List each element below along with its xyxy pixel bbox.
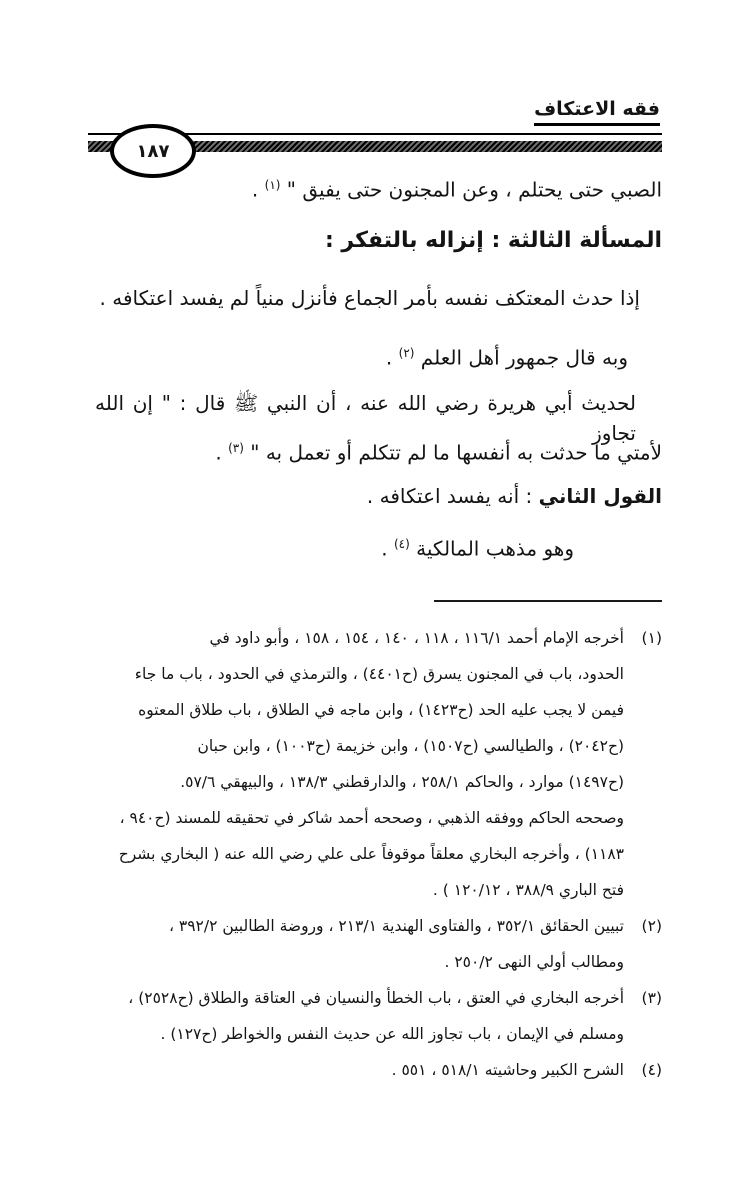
footnote-line: ومسلم في الإيمان ، باب تجاوز الله عن حدي… bbox=[60, 1016, 662, 1052]
footnote-line: (٢)تبيين الحقائق ٣٥٢/١ ، والفتاوى الهندي… bbox=[60, 908, 662, 944]
footnote-marker bbox=[624, 836, 662, 872]
body-text: : أنه يفسد اعتكافه . bbox=[367, 484, 539, 508]
footnote-text: فتح الباري ٣٨٨/٩ ، ١٢٠/١٢ ) . bbox=[60, 872, 624, 908]
footnote-text: أخرجه الإمام أحمد ١١٦/١ ، ١١٨ ، ١٤٠ ، ١٥… bbox=[60, 620, 624, 656]
footnote-line: فتح الباري ٣٨٨/٩ ، ١٢٠/١٢ ) . bbox=[60, 872, 662, 908]
footnote-text: الشرح الكبير وحاشيته ٥١٨/١ ، ٥٥١ . bbox=[60, 1052, 624, 1088]
footnote-text: ومسلم في الإيمان ، باب تجاوز الله عن حدي… bbox=[60, 1016, 624, 1052]
footnote-marker: (٢) bbox=[624, 908, 662, 944]
body-text: . bbox=[252, 178, 265, 202]
footnote-text: ١١٨٣) ، وأخرجه البخاري معلقاً موقوفاً عل… bbox=[60, 836, 624, 872]
section-heading: المسألة الثالثة : إنزاله بالتفكر : bbox=[325, 226, 662, 256]
footnote-marker: (٤) bbox=[624, 1052, 662, 1088]
body-text: . bbox=[381, 537, 394, 561]
footnote-marker bbox=[624, 944, 662, 980]
footnote-line: الحدود، باب في المجنون يسرق (ح٤٤٠١) ، وا… bbox=[60, 656, 662, 692]
footnote-marker bbox=[624, 872, 662, 908]
body-text: وبه قال جمهور أهل العلم bbox=[414, 346, 628, 370]
body-paragraph: وهو مذهب المالكية (٤) . bbox=[381, 529, 574, 564]
footnote-line: (ح١٤٩٧) موارد ، والحاكم ٢٥٨/١ ، والدارقط… bbox=[60, 764, 662, 800]
body-paragraph: وبه قال جمهور أهل العلم (٢) . bbox=[386, 338, 628, 373]
body-continuation-line: الصبي حتى يحتلم ، وعن المجنون حتى يفيق "… bbox=[252, 170, 662, 205]
body-text: . bbox=[386, 346, 399, 370]
footnote-text: الحدود، باب في المجنون يسرق (ح٤٤٠١) ، وا… bbox=[60, 656, 624, 692]
footnote-line: (٣)أخرجه البخاري في العتق ، باب الخطأ وا… bbox=[60, 980, 662, 1016]
footnote-marker bbox=[624, 1016, 662, 1052]
footnote-marker: (١) bbox=[624, 620, 662, 656]
footnote-text: ومطالب أولي النهى ٢٥٠/٢ . bbox=[60, 944, 624, 980]
footnote-line: ١١٨٣) ، وأخرجه البخاري معلقاً موقوفاً عل… bbox=[60, 836, 662, 872]
footnote-text: تبيين الحقائق ٣٥٢/١ ، والفتاوى الهندية ٢… bbox=[60, 908, 624, 944]
footnote-marker bbox=[624, 692, 662, 728]
footnote-line: (١)أخرجه الإمام أحمد ١١٦/١ ، ١١٨ ، ١٤٠ ،… bbox=[60, 620, 662, 656]
footnote-marker: (٣) bbox=[624, 980, 662, 1016]
body-text: . bbox=[215, 441, 228, 465]
body-text: لأمتي ما حدثت به أنفسها ما لم تتكلم أو ت… bbox=[244, 441, 662, 465]
footnote-separator bbox=[434, 600, 662, 602]
footnote-marker bbox=[624, 728, 662, 764]
footnote-text: (ح١٤٩٧) موارد ، والحاكم ٢٥٨/١ ، والدارقط… bbox=[60, 764, 624, 800]
second-opinion-line: القول الثاني : أنه يفسد اعتكافه . bbox=[367, 481, 662, 511]
footnote-marker bbox=[624, 764, 662, 800]
footnote-ref-1: (١) bbox=[265, 178, 281, 192]
footnote-line: (٤)الشرح الكبير وحاشيته ٥١٨/١ ، ٥٥١ . bbox=[60, 1052, 662, 1088]
body-text: الصبي حتى يحتلم ، وعن المجنون حتى يفيق " bbox=[280, 178, 662, 202]
body-paragraph: إذا حدث المعتكف نفسه بأمر الجماع فأنزل م… bbox=[100, 283, 641, 313]
footnotes-block: (١)أخرجه الإمام أحمد ١١٦/١ ، ١١٨ ، ١٤٠ ،… bbox=[60, 620, 662, 1088]
footnote-line: ومطالب أولي النهى ٢٥٠/٢ . bbox=[60, 944, 662, 980]
book-title-header: فقه الاعتكاف bbox=[534, 98, 660, 126]
footnote-text: وصححه الحاكم ووفقه الذهبي ، وصححه أحمد ش… bbox=[60, 800, 624, 836]
footnote-line: وصححه الحاكم ووفقه الذهبي ، وصححه أحمد ش… bbox=[60, 800, 662, 836]
footnote-ref-2: (٢) bbox=[399, 346, 415, 360]
footnote-marker bbox=[624, 800, 662, 836]
body-text: وهو مذهب المالكية bbox=[410, 537, 574, 561]
footnote-text: فيمن لا يجب عليه الحد (ح١٤٢٣) ، وابن ماج… bbox=[60, 692, 624, 728]
book-page: فقه الاعتكاف ١٨٧ الصبي حتى يحتلم ، وعن ا… bbox=[0, 0, 746, 1185]
opinion-label: القول الثاني bbox=[539, 484, 662, 508]
footnote-line: فيمن لا يجب عليه الحد (ح١٤٢٣) ، وابن ماج… bbox=[60, 692, 662, 728]
footnote-line: (ح٢٠٤٢) ، والطيالسي (ح١٥٠٧) ، وابن خزيمة… bbox=[60, 728, 662, 764]
page-number: ١٨٧ bbox=[137, 141, 170, 162]
footnote-text: (ح٢٠٤٢) ، والطيالسي (ح١٥٠٧) ، وابن خزيمة… bbox=[60, 728, 624, 764]
page-number-badge: ١٨٧ bbox=[110, 124, 196, 178]
hadith-line-2: لأمتي ما حدثت به أنفسها ما لم تتكلم أو ت… bbox=[215, 433, 662, 468]
footnote-text: أخرجه البخاري في العتق ، باب الخطأ والنس… bbox=[60, 980, 624, 1016]
footnote-marker bbox=[624, 656, 662, 692]
footnote-ref-4: (٤) bbox=[394, 537, 410, 551]
footnote-ref-3: (٣) bbox=[228, 441, 244, 455]
